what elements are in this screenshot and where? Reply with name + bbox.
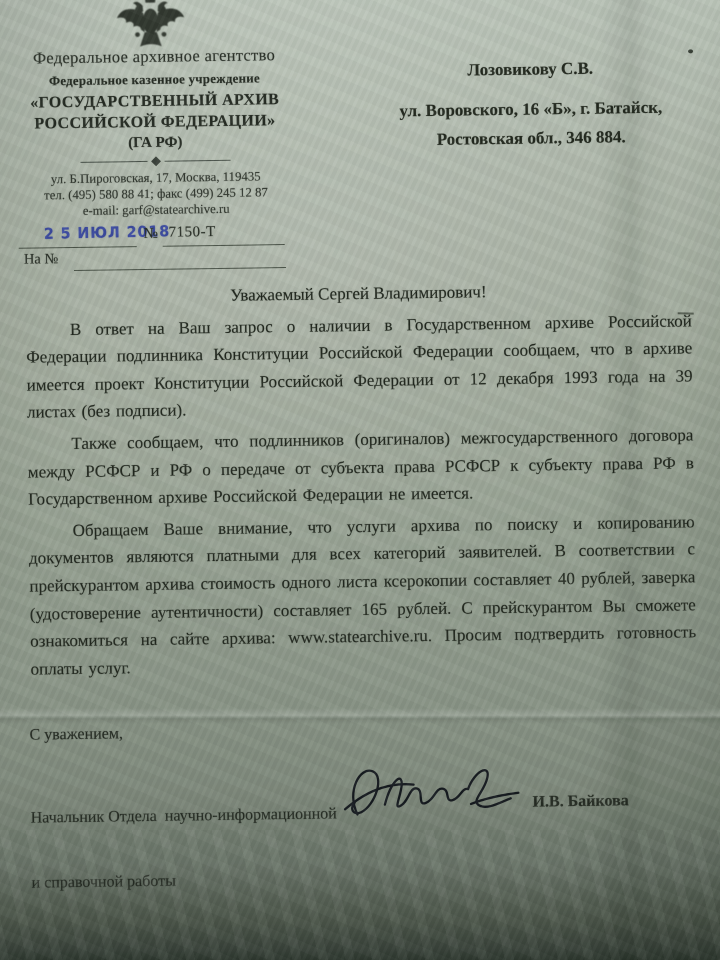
scanned-letter-page: Федеральное архивное агентство Федеральн…: [0, 0, 720, 960]
number-label: №: [143, 226, 158, 243]
body-paragraph-3: Обращаем Ваше внимание, что услуги архив…: [28, 508, 696, 683]
agency-name: Федеральное архивное агентство: [4, 45, 304, 69]
number-value: 7150-Т: [168, 224, 215, 242]
handwritten-signature: [338, 744, 544, 847]
signer-title: Начальник Отдела научно-информационной и…: [30, 760, 338, 936]
signer-title-line1: Начальник Отдела научно-информационной: [31, 803, 337, 829]
crease-mark: [678, 312, 694, 314]
paper-speck: [688, 49, 693, 53]
letter-content: Федеральное архивное агентство Федеральн…: [0, 0, 720, 960]
recipient-name: Лозовикову С.В.: [362, 57, 698, 82]
closing-phrase: С уважением,: [29, 725, 123, 744]
recipient-address-line1: ул. Воровского, 16 «Б», г. Батайск,: [363, 97, 699, 122]
diamond-divider-icon: [80, 157, 230, 166]
letterhead: Федеральное архивное агентство Федеральн…: [4, 45, 306, 220]
reply-to-label: На №: [24, 251, 59, 268]
institution-type: Федеральное казенное учреждение: [4, 70, 304, 90]
body-paragraph-2: Также сообщаем, что подлинников (оригина…: [27, 421, 694, 513]
recipient-block: Лозовикову С.В. ул. Воровского, 16 «Б», …: [362, 53, 698, 58]
reply-to-underline: [74, 267, 286, 271]
org-name-line2: РОССИЙСКОЙ ФЕДЕРАЦИИ»: [5, 110, 305, 135]
signer-name: И.В. Байкова: [532, 792, 628, 811]
recipient-address-line2: Ростовская обл., 346 884.: [363, 126, 699, 151]
letter-body: Уважаемый Сергей Владимирович! В ответ н…: [25, 275, 696, 683]
number-underline: [163, 244, 285, 247]
signer-title-line2: и справочной работы: [31, 868, 337, 894]
date-underline: [19, 246, 137, 249]
salutation: Уважаемый Сергей Владимирович!: [25, 275, 691, 312]
org-abbreviation: (ГА РФ): [5, 133, 305, 154]
body-paragraph-1: В ответ на Ваш запрос о наличии в Госуда…: [26, 307, 693, 427]
